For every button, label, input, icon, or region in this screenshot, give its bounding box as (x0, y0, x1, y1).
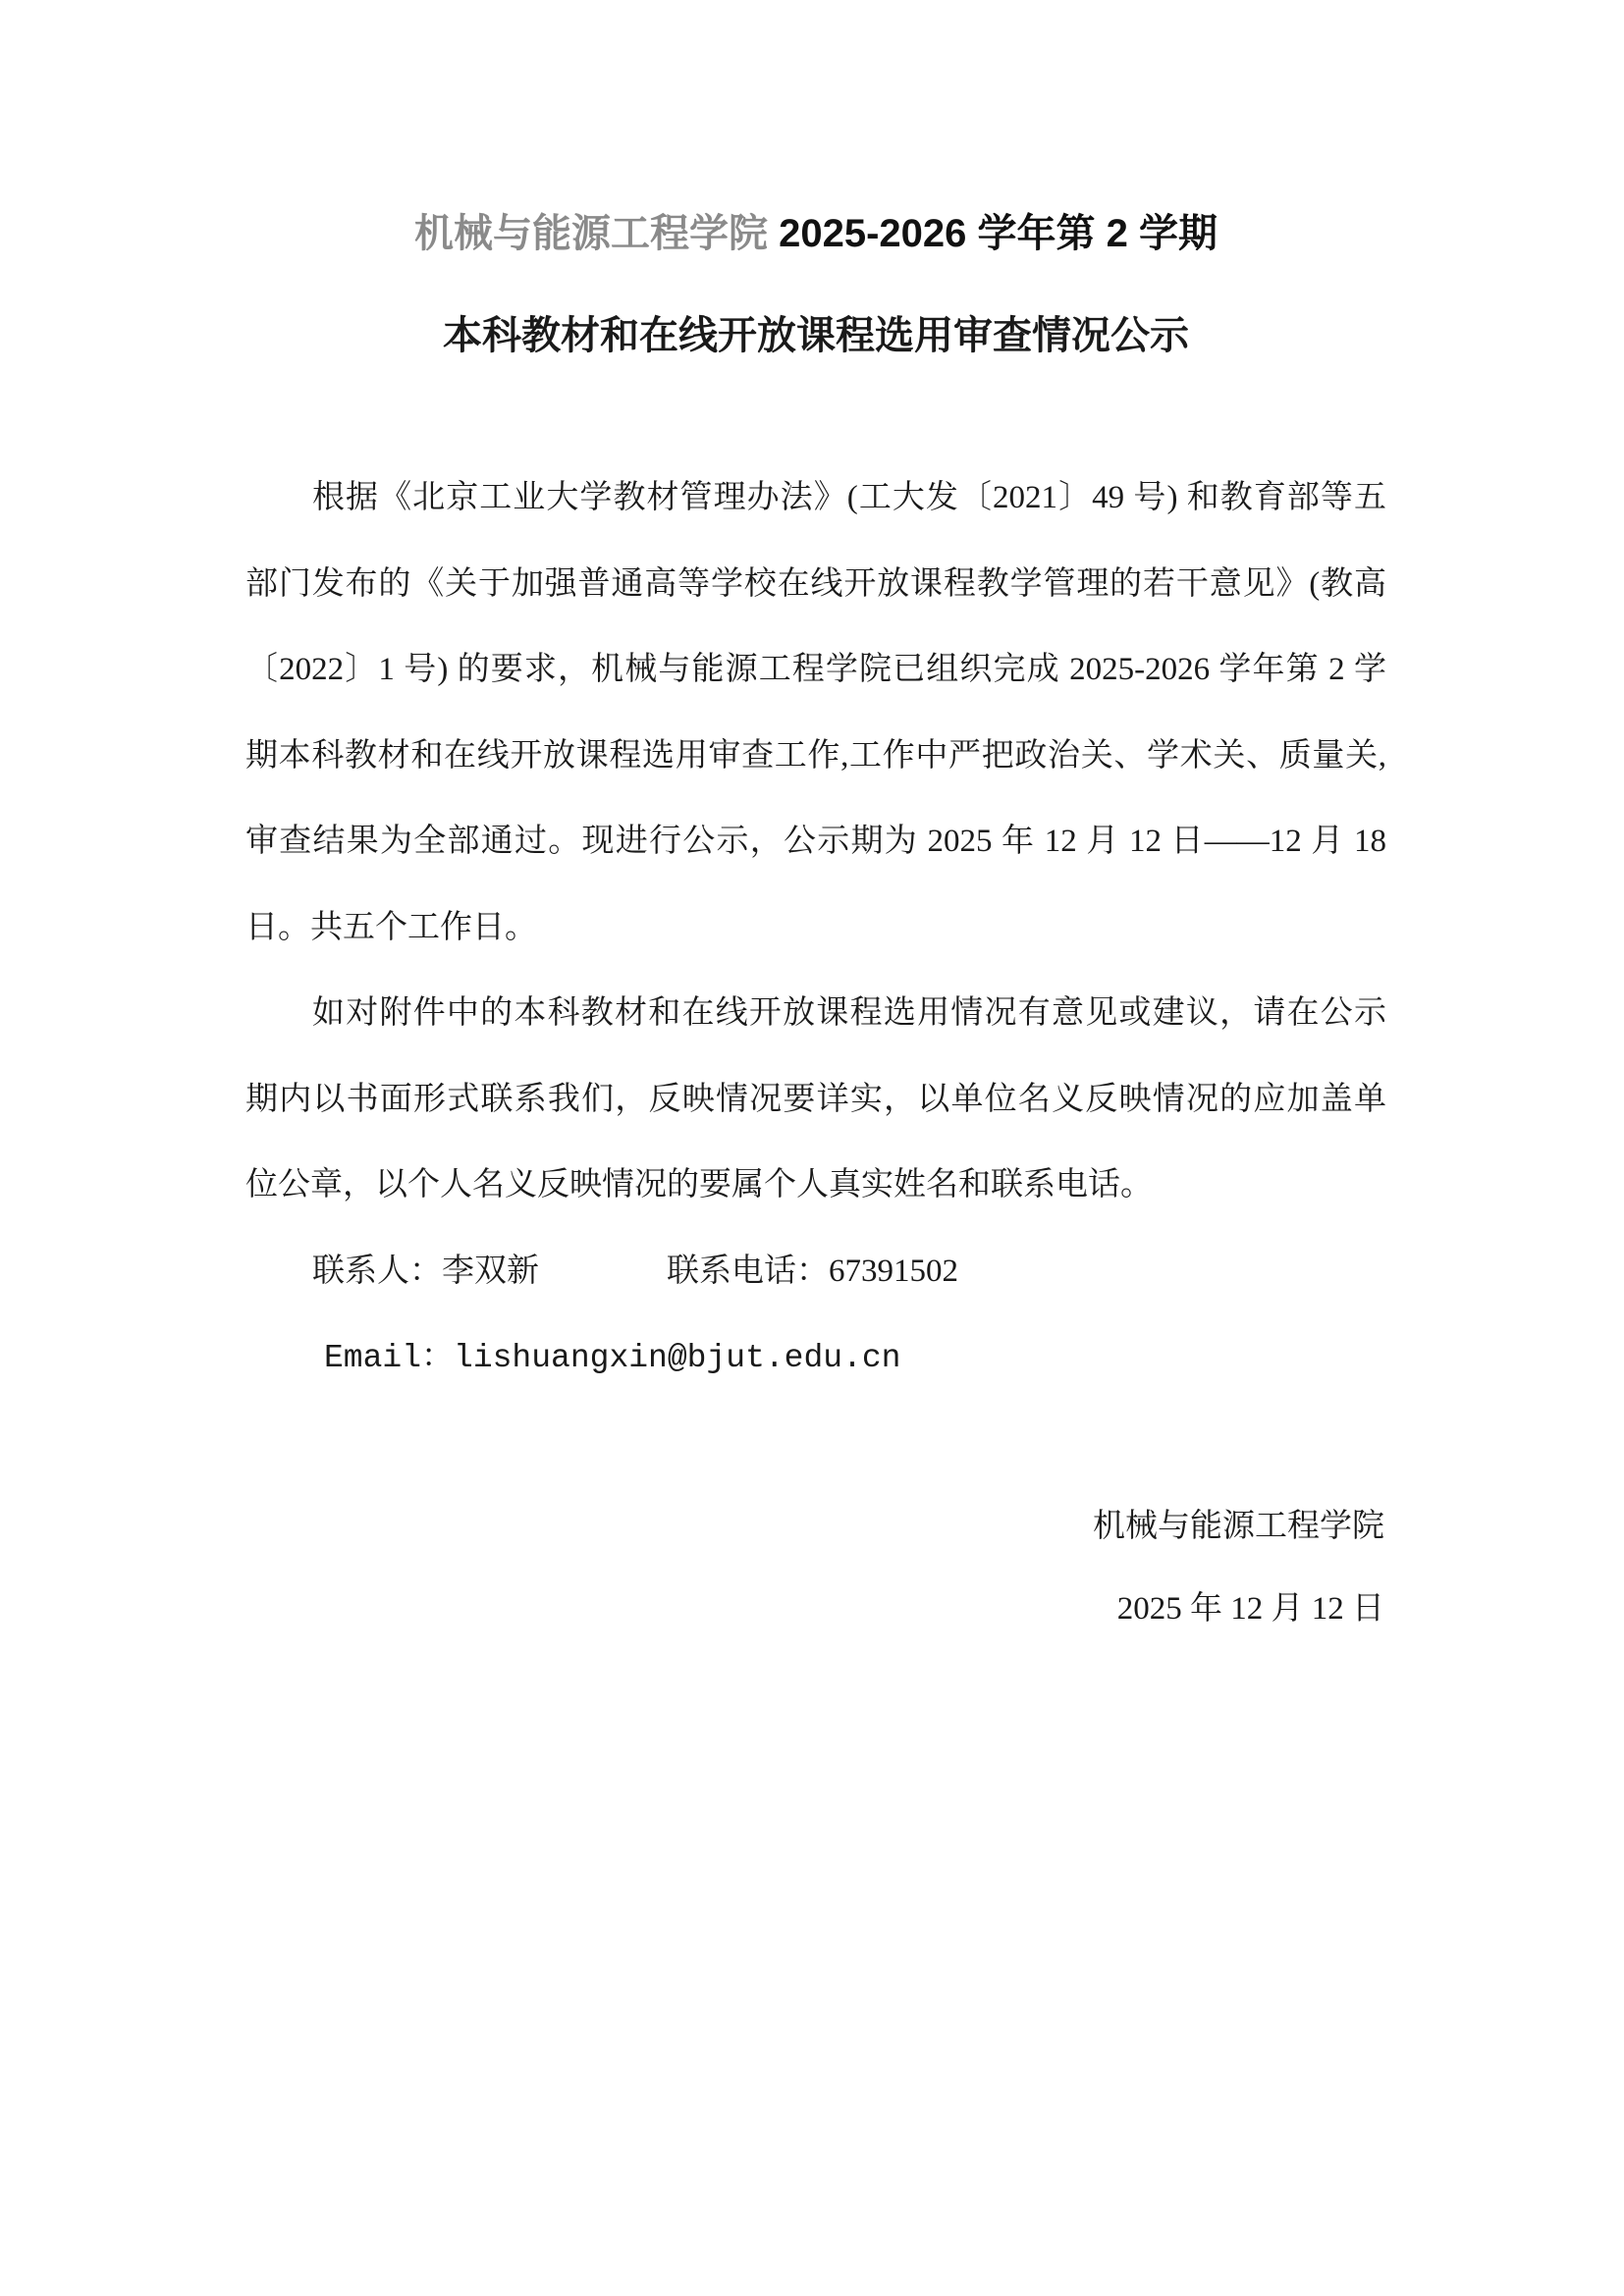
signature-date: 2025 年 12 月 12 日 (245, 1567, 1386, 1653)
body-line: 部门发布的《关于加强普通高等学校在线开放课程教学管理的若干意见》(教高 (245, 542, 1386, 628)
document-page: 机械与能源工程学院 2025-2026 学年第 2 学期 本科教材和在线开放课程… (0, 0, 1624, 2296)
document-title-line-2: 本科教材和在线开放课程选用审查情况公示 (245, 310, 1386, 361)
title-department-name: 机械与能源工程学院 (414, 212, 768, 255)
body-line: 〔2022〕1 号) 的要求，机械与能源工程学院已组织完成 2025-2026 … (245, 627, 1386, 714)
contact-person: 联系人：李双新 (312, 1254, 539, 1289)
body-line: 审查结果为全部通过。现进行公示，公示期为 2025 年 12 月 12 日——1… (245, 799, 1386, 885)
body-line: 根据《北京工业大学教材管理办法》(工大发〔2021〕49 号) 和教育部等五 (245, 455, 1386, 542)
body-line: 如对附件中的本科教材和在线开放课程选用情况有意见或建议，请在公示 (245, 971, 1386, 1057)
contact-line: 联系人：李双新联系电话：67391502 (245, 1229, 1386, 1315)
email-line: Email：lishuangxin@bjut.edu.cn (245, 1315, 1386, 1402)
signature-organization: 机械与能源工程学院 (245, 1484, 1386, 1571)
body-line: 期内以书面形式联系我们，反映情况要详实，以单位名义反映情况的应加盖单 (245, 1057, 1386, 1144)
document-title-line-1: 机械与能源工程学院 2025-2026 学年第 2 学期 (245, 208, 1386, 259)
paragraph-2: 如对附件中的本科教材和在线开放课程选用情况有意见或建议，请在公示 期内以书面形式… (245, 971, 1386, 1229)
contact-phone: 联系电话：67391502 (667, 1254, 958, 1289)
body-line: 日。共五个工作日。 (245, 885, 1386, 972)
body-line: 期本科教材和在线开放课程选用审查工作,工作中严把政治关、学术关、质量关, (245, 714, 1386, 800)
body-line: 位公章，以个人名义反映情况的要属个人真实姓名和联系电话。 (245, 1143, 1386, 1229)
title-academic-term: 2025-2026 学年第 2 学期 (768, 212, 1218, 255)
paragraph-1: 根据《北京工业大学教材管理办法》(工大发〔2021〕49 号) 和教育部等五 部… (245, 455, 1386, 971)
